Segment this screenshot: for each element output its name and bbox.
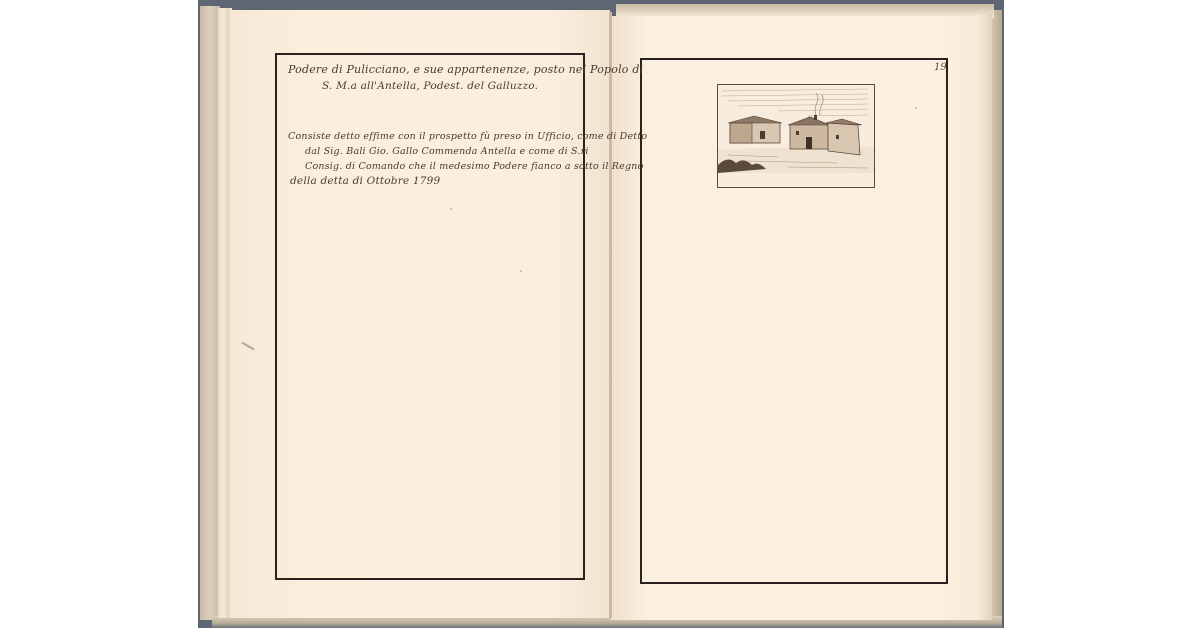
farmhouse-illustration	[717, 84, 875, 188]
left-page-body-line-3: Consig. di Comando che il medesimo Poder…	[305, 161, 644, 172]
left-page-heading-line-1: Podere di Pulicciano, e sue appartenenze…	[288, 63, 643, 76]
paper-spot	[915, 107, 917, 109]
farmhouse-drawing-icon	[718, 85, 874, 187]
book-gutter	[609, 12, 612, 618]
left-page-body-line-2: dal Sig. Bali Gio. Gallo Commenda Antell…	[305, 146, 589, 157]
paper-spot	[450, 208, 452, 210]
left-page-heading-line-2: S. M.a all'Antella, Podest. del Galluzzo…	[322, 80, 538, 92]
left-page-body-line-1: Consiste detto effime con il prospetto f…	[288, 131, 647, 142]
left-page-body-line-4: della detta di Ottobre 1799	[290, 175, 440, 187]
paper-spot	[520, 270, 522, 272]
folio-number: 19	[934, 62, 947, 73]
book-left-cover-edge	[200, 6, 220, 620]
